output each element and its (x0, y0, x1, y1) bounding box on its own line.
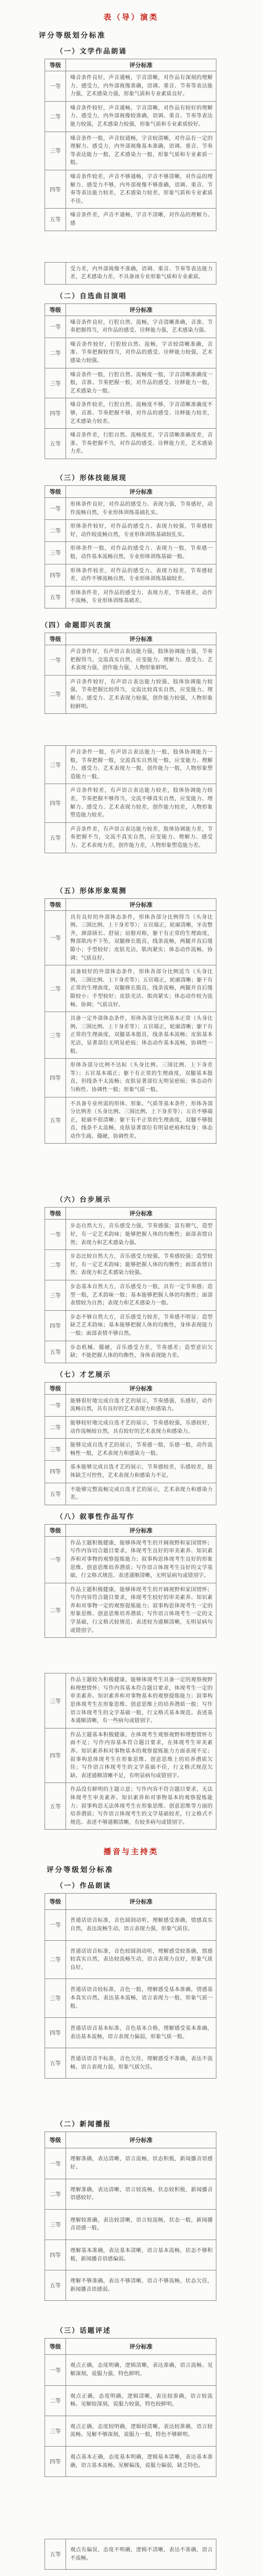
table-row: 四等嗓音条件较差，行腔自然、流畅度不够，字音清晰准确度不够，音准、节奏把握不够，… (45, 398, 216, 429)
criteria-column-header: 评分标准 (66, 1208, 216, 1220)
grade-cell: 一等 (45, 498, 66, 520)
criteria-cell: 步态不够自然大方，音乐感受力较差，节奏感不明显；造型缺乏艺术韵味；基本能够把握人… (66, 1310, 216, 1341)
table-row: 五等观点有偏误，态度不明确，逻辑不清晰，表达不准确，语言不流畅。 (45, 2539, 216, 2570)
grade-cell (45, 262, 66, 284)
criteria-cell: 观点正确，态度明确，逻辑清晰，表达较准确，语言较流畅。见解较深刻，说服力较强，特… (66, 2385, 216, 2416)
header-row: 等级评分标准 (45, 633, 216, 645)
grade-cell: 三等 (45, 2209, 66, 2240)
table-row: 一等理解准确，表达清晰，语言流畅，状态积极，新闻播音语感好。 (45, 2148, 216, 2179)
criteria-cell: 不具备专业所需的形体、形象、气质等基本条件，形体各部分比例差（头身比例、三围比例… (66, 1097, 216, 1144)
criteria-column-header: 评分标准 (66, 303, 216, 316)
grade-cell: 四等 (45, 170, 66, 208)
grade-column-header: 等级 (45, 898, 66, 910)
grade-column-header: 等级 (45, 2339, 66, 2355)
grade-table: 等级评分标准一等作品主题积极健康，能够体现考生的开阔视野和家国情怀；写作内容切合… (45, 1524, 216, 1638)
table-body: 一等能够很好地完成自选才艺的展示，节奏感强，乐感好，动作流畅自然，具有良好的艺术… (45, 1394, 216, 1505)
criteria-cell: 嗓音条件较好，行腔较自然、流畅，字音较清晰准确，音准、节奏把握较得当，对作品的感… (66, 338, 216, 368)
grade-cell: 四等 (45, 1461, 66, 1483)
criteria-cell: 声音条件一般，有声语言表达能力一般，肢体协调能力一般，节奏把握一般，交流真实自然… (66, 746, 216, 784)
header-row: 等级评分标准 (45, 898, 216, 910)
criteria-cell: 嗓音条件良好，声音通畅，字音清晰，对作品有深刻的理解力、感受力，内外部视像准确，… (66, 71, 216, 102)
table-row: 五等嗓音条件差，声音不通畅，字音不清晰，对作品的理解力、感 (45, 209, 216, 231)
criteria-cell: 步态比较自然大方，音乐感受力较强，节奏感较强；造型较好，有一定艺术韵味；能够把握… (66, 1250, 216, 1280)
table-body: 三等作品主题较为积极健康，能够体现考生具备一定的观察视野和理想情怀；写作内容基本… (45, 1673, 216, 1830)
criteria-column-header: 评分标准 (66, 59, 216, 71)
grade-cell: 一等 (45, 645, 66, 675)
page-break-gap (0, 1830, 262, 1843)
table-row: 一等普通话语音标准，音色圆润动听，理解感受准确，情感真实自然，表达流畅生动，语言… (45, 1910, 216, 1940)
table-row: 一等能够很好地完成自选才艺的展示，节奏感强，乐感好，动作流畅自然，具有良好的艺术… (45, 1394, 216, 1416)
section-heading: （一）文学作品朗诵 (56, 46, 262, 56)
grade-table: 五等观点有偏误，态度不明确，逻辑不清晰，表达不准确，语言不流畅。 (45, 2539, 216, 2570)
criteria-cell: 观点基本正确，态度基本明确，逻辑基本清晰，表达基本准确，语言基本流畅。见解偏浅，… (66, 2446, 216, 2476)
grade-cell: 五等 (45, 1341, 66, 1363)
criteria-cell: 受力差，内外部视像不准确，语调、重音、节奏等表达能力差，艺术感染力差，不具备该专… (66, 262, 216, 284)
criteria-cell: 嗓音条件良好，行腔自然、流畅，字音清晰准确，音准、节奏把握得当，对作品的感受、诠… (66, 316, 216, 338)
header-row: 等级评分标准 (45, 1208, 216, 1220)
table-row: 受力差，内外部视像不准确，语调、重音、节奏等表达能力差，艺术感染力差，不具备该专… (45, 262, 216, 284)
table-head: 等级评分标准 (45, 898, 216, 910)
criteria-cell: 声音条件较好，有声语言表达能力较强，肢体协调能力较强，节奏把握比较得当，交流比较… (66, 675, 216, 713)
table-head: 等级评分标准 (45, 486, 216, 498)
table-row: 三等步态基本自然大方，音乐感受力一般，具有一定节奏感；造型一般，艺术韵味一般；基… (45, 1280, 216, 1311)
grade-table: 等级评分标准一等嗓音条件良好，声音通畅，字音清晰，对作品有深刻的理解力、感受力，… (45, 59, 216, 231)
grade-cell: 二等 (45, 1416, 66, 1438)
grade-column-header: 等级 (45, 303, 66, 316)
criteria-cell: 形体条件良好，对作品的感受力、表现力强，节奏感好，动作流畅自然，专业形体训练基础… (66, 498, 216, 520)
table-row: 三等普通话语音较标准，音色一般，理解感受基本准确，情感基本真实自然，表达基本流畅… (45, 1979, 216, 2018)
table-row: 五等嗓音条件差，行腔自然、流畅度差，字音清晰准确度差，音准、节奏把握不当，对作品… (45, 429, 216, 459)
grade-cell: 二等 (45, 1583, 66, 1638)
category-title: 播音与主持类 (0, 1846, 262, 1857)
section-heading: （一）作品朗读 (56, 1880, 262, 1890)
table-row: 三等声音条件一般，有声语言表达能力一般，肢体协调能力一般，节奏把握一般，交流真实… (45, 746, 216, 784)
grade-table: 等级评分标准一等嗓音条件良好，行腔自然、流畅，字音清晰准确，音准、节奏把握得当，… (45, 303, 216, 459)
table-body: 一等声音条件好，有声语言表达能力强，肢体协调能力强，节奏把握得当，交流真实自然，… (45, 645, 216, 713)
table-body: 一等作品主题积极健康，能够体现考生的开阔视野和家国情怀；写作内容切合题目要求，体… (45, 1536, 216, 1638)
grade-column-header: 等级 (45, 1382, 66, 1394)
table-row: 二等作品主题积极健康，能够体现考生的开阔视野和家国情怀；写作内容符合题目要求，体… (45, 1583, 216, 1638)
grade-cell: 五等 (45, 209, 66, 231)
table-head: 等级评分标准 (45, 633, 216, 645)
grade-cell: 三等 (45, 1012, 66, 1059)
criteria-column-header: 评分标准 (66, 1524, 216, 1536)
grade-cell: 三等 (45, 1280, 66, 1311)
criteria-cell: 嗓音条件一般，行腔自然、流畅度一般，字音清晰准确度一般，音准、节奏把握一般，对作… (66, 368, 216, 398)
grade-table: 等级评分标准一等观点正确，态度明确，逻辑清晰，表达准确，语言流畅。见解深刻，说服… (45, 2338, 216, 2477)
table-row: 一等具有良好的外部体态条件，形体各部分比例得当（头身比例、三围比例、上下身差等）… (45, 910, 216, 965)
table-row: 一等观点正确，态度明确，逻辑清晰，表达准确，语言流畅。见解深刻，说服力强，特色鲜… (45, 2355, 216, 2385)
table-head: 等级评分标准 (45, 2132, 216, 2148)
page-break-gap (0, 2079, 262, 2113)
table-body: 一等步态自然大方，音乐感受力强，节奏感强；富有朝气，造型好，有一定艺术韵味；能够… (45, 1220, 216, 1363)
standard-title: 评分等级划分标准 (39, 29, 262, 40)
section-heading: （五）形体形象观测 (56, 885, 262, 895)
criteria-cell: 普通话语音标准，音色圆润动听，理解感受准确，情感真实自然，表达流畅生动，语言表现… (66, 1910, 216, 1940)
criteria-cell: 嗓音条件较好，声音通畅，字音清晰，对作品有较好的理解力、感受力，内外部视像较准确… (66, 101, 216, 132)
table-body: 一等嗓音条件良好，声音通畅，字音清晰，对作品有深刻的理解力、感受力，内外部视像准… (45, 71, 216, 231)
criteria-cell: 观点正确，态度较明确，逻辑较清晰，表达较准确，语言较流畅。见解不够深刻，说服力一… (66, 2416, 216, 2446)
page-break-gap (0, 1638, 262, 1673)
grade-column-header: 等级 (45, 1894, 66, 1910)
criteria-column-header: 评分标准 (66, 2132, 216, 2148)
criteria-cell: 声音条件差，有声语言表达能力较差，肢体协调能力差，节奏把握不当，交流不真实自然，… (66, 822, 216, 853)
grade-cell: 三等 (45, 1673, 66, 1729)
grade-column-header: 等级 (45, 1208, 66, 1220)
header-row: 等级评分标准 (45, 303, 216, 316)
criteria-cell: 嗓音条件较差，声音不够通畅，字音不够清晰，对作品的理解力、感受力不够，内外部视像… (66, 170, 216, 208)
section-heading: （二）新闻播报 (56, 2118, 262, 2128)
table-row: 一等步态自然大方，音乐感受力强，节奏感强；富有朝气，造型好，有一定艺术韵味；能够… (45, 1220, 216, 1250)
grade-column-header: 等级 (45, 633, 66, 645)
grade-cell: 三等 (45, 2416, 66, 2446)
section-heading: （二）自选曲目演唱 (56, 290, 262, 300)
criteria-cell: 形体各部分比例不达标（头身比例、三围比例、上下身差等）；五官基本端正；躯干有正常… (66, 1059, 216, 1097)
grade-cell: 三等 (45, 368, 66, 398)
table-row: 三等形体条件一般，对作品的感受力、表现力一般，节奏感一般，动作基本流畅自然，专业… (45, 542, 216, 564)
table-row: 三等理解较准确，表达较清晰，语言较流畅，状态一般，新闻播音语感一般。 (45, 2209, 216, 2240)
table-row: 四等声音条件较差，有声语言表达能力较差，肢体协调能力较差，节奏把握不够得当，交流… (45, 784, 216, 822)
grade-cell: 四等 (45, 1728, 66, 1783)
grade-cell: 二等 (45, 101, 66, 132)
grade-cell: 二等 (45, 1250, 66, 1280)
grade-cell: 四等 (45, 1310, 66, 1341)
criteria-cell: 普通话语音基本标准，音色基本合格，理解感受基本准确，表达基本流畅，语言表现力偏弱… (66, 2018, 216, 2048)
grade-cell: 四等 (45, 1059, 66, 1097)
section-heading: （三）形体技能展现 (56, 472, 262, 482)
grade-table: 等级评分标准一等能够很好地完成自选才艺的展示，节奏感强，乐感好，动作流畅自然，具… (45, 1382, 216, 1505)
table-head: 等级评分标准 (45, 59, 216, 71)
document-page: 表（导）演类评分等级划分标准（一）文学作品朗诵等级评分标准一等嗓音条件良好，声音… (0, 0, 262, 2576)
criteria-cell: 形体条件差，对作品的感受力、表现力差，节奏感差，动作不流畅，专业形体训练基础差。 (66, 586, 216, 608)
table-row: 四等普通话语音基本标准，音色基本合格，理解感受基本准确，表达基本流畅，语言表现力… (45, 2018, 216, 2048)
table-row: 一等声音条件好，有声语言表达能力强，肢体协调能力强，节奏把握得当，交流真实自然，… (45, 645, 216, 675)
table-row: 二等声音条件较好，有声语言表达能力较强，肢体协调能力较强，节奏把握比较得当，交流… (45, 675, 216, 713)
grade-cell: 四等 (45, 2018, 66, 2048)
criteria-column-header: 评分标准 (66, 1894, 216, 1910)
grade-cell: 二等 (45, 1940, 66, 1979)
table-head: 等级评分标准 (45, 1524, 216, 1536)
table-row: 三等能够完成自选才艺的展示，节奏感一般，乐感一般，动作流畅性一般，艺术表现力和感… (45, 1439, 216, 1461)
table-row: 四等基本能够完成自选才艺的展示，节奏感较差，乐感较差，肢体缺乏可控性，艺术表现力… (45, 1461, 216, 1483)
criteria-column-header: 评分标准 (66, 633, 216, 645)
grade-cell: 二等 (45, 2179, 66, 2209)
criteria-cell: 嗓音条件差，声音不通畅，字音不清晰，对作品的理解力、感 (66, 209, 216, 231)
criteria-cell: 能够很好地完成自选才艺的展示，节奏感强，乐感好，动作流畅自然，具有良好的艺术表现… (66, 1394, 216, 1416)
grade-cell: 四等 (45, 784, 66, 822)
page-break-gap (0, 2301, 262, 2319)
grade-cell: 五等 (45, 429, 66, 459)
criteria-cell: 具备一定外部体态条件，形体各部分比例基本正常（头身比例、三围比例、上下身差等）；… (66, 1012, 216, 1059)
grade-column-header: 等级 (45, 59, 66, 71)
grade-cell: 五等 (45, 1783, 66, 1830)
criteria-column-header: 评分标准 (66, 486, 216, 498)
table-body: 一等理解准确，表达清晰，语言流畅，状态积极，新闻播音语感好。二等理解准确，表达清… (45, 2148, 216, 2301)
table-row: 四等作品主题基本积极健康，在体现考生观察视野和理想情怀方面不足；写作内容基本符合… (45, 1728, 216, 1783)
criteria-column-header: 评分标准 (66, 1382, 216, 1394)
table-head: 等级评分标准 (45, 303, 216, 316)
section-heading: （三）话题评述 (56, 2325, 262, 2335)
grade-cell: 一等 (45, 316, 66, 338)
criteria-cell: 能够完成自选才艺的展示，节奏感一般，乐感一般，动作流畅性一般，艺术表现力和感染力… (66, 1439, 216, 1461)
table-row: 五等步态机械、僵硬，音乐感受力差，节奏感差；造型意识欠缺；不能把握人体的均衡性，… (45, 1341, 216, 1363)
criteria-cell: 作品主题积极健康，能够体现考生的开阔视野和家国情怀；写作内容符合题目要求，体现考… (66, 1583, 216, 1638)
grade-cell: 一等 (45, 1220, 66, 1250)
criteria-cell: 理解较准确，表达较清晰，语言较流畅，状态一般，新闻播音语感一般。 (66, 2209, 216, 2240)
table-row: 三等具备一定外部体态条件，形体各部分比例基本正常（头身比例、三围比例、上下身差等… (45, 1012, 216, 1059)
criteria-cell: 基本能够完成自选才艺的展示，节奏感较差，乐感较差，肢体缺乏可控性，艺术表现力和感… (66, 1461, 216, 1483)
table-row: 二等观点正确，态度明确，逻辑清晰，表达较准确，语言较流畅。见解较深刻，说服力较强… (45, 2385, 216, 2416)
table-row: 一等嗓音条件良好，行腔自然、流畅，字音清晰准确，音准、节奏把握得当，对作品的感受… (45, 316, 216, 338)
criteria-cell: 具有良好的外部体态条件，形体各部分比例得当（头身比例、三围比例、上下身差等）；五… (66, 910, 216, 965)
grade-cell: 四等 (45, 2446, 66, 2476)
grade-cell: 三等 (45, 746, 66, 784)
criteria-cell: 不能够完整流畅完成自选才艺的展示，艺术表现力和感染力差。 (66, 1483, 216, 1505)
table-row: 二等普通话语音标准，音色较圆润动听，理解感受较准确，情感较真实自然，表达较流畅生… (45, 1940, 216, 1979)
table-row: 五等不能够完整流畅完成自选才艺的展示，艺术表现力和感染力差。 (45, 1483, 216, 1505)
grade-cell: 四等 (45, 2240, 66, 2270)
grade-cell: 三等 (45, 1439, 66, 1461)
table-body: 一等观点正确，态度明确，逻辑清晰，表达准确，语言流畅。见解深刻，说服力强，特色鲜… (45, 2355, 216, 2477)
table-head: 等级评分标准 (45, 1894, 216, 1910)
grade-column-header: 等级 (45, 1524, 66, 1536)
table-row: 二等步态比较自然大方，音乐感受力较强，节奏感较强；造型较好，有一定艺术韵味；能够… (45, 1250, 216, 1280)
grade-cell: 四等 (45, 398, 66, 429)
table-body: 一等嗓音条件良好，行腔自然、流畅，字音清晰准确，音准、节奏把握得当，对作品的感受… (45, 316, 216, 459)
table-row: 四等理解基本准确，表达基本清晰，语言基本流畅，状态不够积极，新闻播音语感偏弱。 (45, 2240, 216, 2270)
table-row: 二等具备较好的外部体态条件，形体各部分比例适当（头身比例、三围比例、上下身差等）… (45, 965, 216, 1012)
table-row: 二等能够较好地完成自选才艺的展示，节奏感较强，乐感较好，动作流畅较自然，具有较好… (45, 1416, 216, 1438)
table-row: 五等声音条件差，有声语言表达能力较差，肢体协调能力差，节奏把握不当，交流不真实自… (45, 822, 216, 853)
table-row: 四等形体条件较差，对作品的感受力、表现力较差，节奏感较差，动作不够流畅自然，专业… (45, 564, 216, 586)
grade-table: 等级评分标准一等步态自然大方，音乐感受力强，节奏感强；富有朝气，造型好，有一定艺… (45, 1207, 216, 1363)
page-break-gap (0, 608, 262, 614)
criteria-cell: 形体条件较好，对作品的感受力、表现力较强，节奏感较好，动作较流畅自然，专业形体训… (66, 520, 216, 542)
header-row: 等级评分标准 (45, 59, 216, 71)
criteria-cell: 理解准确，表达清晰，语言较流畅，状态较积极，新闻播音语感较好。 (66, 2179, 216, 2209)
category-title: 表（导）演类 (0, 12, 262, 23)
criteria-cell: 步态基本自然大方，音乐感受力一般，具有一定节奏感；造型一般，艺术韵味一般；基本能… (66, 1280, 216, 1311)
criteria-cell: 普通话语音标准，音色较圆润动听，理解感受较准确，情感较真实自然，表达较流畅生动，… (66, 1940, 216, 1979)
grade-table: 受力差，内外部视像不准确，语调、重音、节奏等表达能力差，艺术感染力差，不具备该专… (45, 262, 216, 285)
table-row: 四等步态不够自然大方，音乐感受力较差，节奏感不明显；造型缺乏艺术韵味；基本能够把… (45, 1310, 216, 1341)
criteria-cell: 理解准确，表达清晰，语言流畅，状态积极，新闻播音语感好。 (66, 2148, 216, 2179)
table-head: 等级评分标准 (45, 1382, 216, 1394)
table-row: 二等理解准确，表达清晰，语言较流畅，状态较积极，新闻播音语感较好。 (45, 2179, 216, 2209)
table-row: 一等作品主题积极健康，能够体现考生的开阔视野和家国情怀；写作内容切合题目要求，体… (45, 1536, 216, 1583)
table-head: 等级评分标准 (45, 2339, 216, 2355)
grade-cell: 二等 (45, 520, 66, 542)
page-break-gap (0, 1144, 262, 1188)
criteria-cell: 嗓音条件差，行腔自然、流畅度差，字音清晰准确度差，音准、节奏把握不当，对作品的感… (66, 429, 216, 459)
grade-cell: 二等 (45, 2385, 66, 2416)
table-body: 受力差，内外部视像不准确，语调、重音、节奏等表达能力差，艺术感染力差，不具备该专… (45, 262, 216, 284)
criteria-cell: 普通话语音不标准，音色欠佳，理解感受不准确，表达不流畅，语言表现力弱，形象气质欠… (66, 2048, 216, 2079)
grade-cell: 三等 (45, 132, 66, 170)
criteria-cell: 作品主题较为积极健康，能够体现考生具备一定的观察视野和理想情怀；写作内容基本符合… (66, 1673, 216, 1729)
section-heading: （四）命题即兴表演 (41, 619, 262, 629)
criteria-cell: 形体条件一般，对作品的感受力、表现力一般，节奏感一般，动作基本流畅自然，专业形体… (66, 542, 216, 564)
header-row: 等级评分标准 (45, 486, 216, 498)
criteria-cell: 声音条件较差，有声语言表达能力较差，肢体协调能力较差，节奏把握不够得当，交流不够… (66, 784, 216, 822)
criteria-cell: 步态自然大方，音乐感受力强，节奏感强；富有朝气，造型好，有一定艺术韵味；能够把握… (66, 1220, 216, 1250)
grade-cell: 五等 (45, 2048, 66, 2079)
criteria-column-header: 评分标准 (66, 2339, 216, 2355)
grade-column-header: 等级 (45, 2132, 66, 2148)
grade-cell: 一等 (45, 71, 66, 102)
criteria-cell: 作品主题积极健康，能够体现考生的开阔视野和家国情怀；写作内容切合题目要求，体现考… (66, 1536, 216, 1583)
grade-cell: 一等 (45, 1394, 66, 1416)
criteria-cell: 理解基本准确，表达基本清晰，语言基本流畅，状态不够积极，新闻播音语感偏弱。 (66, 2240, 216, 2270)
header-row: 等级评分标准 (45, 1382, 216, 1394)
grade-table: 等级评分标准一等具有良好的外部体态条件，形体各部分比例得当（头身比例、三围比例、… (45, 898, 216, 1144)
grade-table: 三等作品主题较为积极健康，能够体现考生具备一定的观察视野和理想情怀；写作内容基本… (45, 1673, 216, 1830)
table-row: 五等形体条件差，对作品的感受力、表现力差，节奏感差，动作不流畅，专业形体训练基础… (45, 586, 216, 608)
grade-cell: 五等 (45, 2270, 66, 2301)
criteria-cell: 步态机械、僵硬，音乐感受力差，节奏感差；造型意识欠缺；不能把握人体的均衡性，身体… (66, 1341, 216, 1363)
grade-cell: 二等 (45, 675, 66, 713)
table-row: 一等形体条件良好，对作品的感受力、表现力强，节奏感好，动作流畅自然，专业形体训练… (45, 498, 216, 520)
table-body: 一等普通话语音标准，音色圆润动听，理解感受准确，情感真实自然，表达流畅生动，语言… (45, 1910, 216, 2079)
criteria-cell: 形体条件较差，对作品的感受力、表现力较差，节奏感较差，动作不够流畅自然，专业形体… (66, 564, 216, 586)
criteria-cell: 声音条件好，有声语言表达能力强，肢体协调能力强，节奏把握得当，交流真实自然，应变… (66, 645, 216, 675)
page-break-gap (0, 853, 262, 879)
page-break-gap (0, 459, 262, 466)
table-body: 三等声音条件一般，有声语言表达能力一般，肢体协调能力一般，节奏把握一般，交流真实… (45, 746, 216, 853)
table-row: 三等嗓音条件一般，行腔自然、流畅度一般，字音清晰准确度一般，音准、节奏把握一般，… (45, 368, 216, 398)
grade-cell: 四等 (45, 564, 66, 586)
grade-cell: 五等 (45, 2539, 66, 2570)
header-row: 等级评分标准 (45, 2132, 216, 2148)
grade-cell: 三等 (45, 1979, 66, 2018)
criteria-cell: 普通话语音较标准，音色一般，理解感受基本准确，情感基本真实自然，表达基本流畅，语… (66, 1979, 216, 2018)
table-row: 五等普通话语音不标准，音色欠佳，理解感受不准确，表达不流畅，语言表现力弱，形象气… (45, 2048, 216, 2079)
table-row: 三等作品主题较为积极健康，能够体现考生具备一定的观察视野和理想情怀；写作内容基本… (45, 1673, 216, 1729)
table-row: 四等形体各部分比例不达标（头身比例、三围比例、上下身差等）；五官基本端正；躯干有… (45, 1059, 216, 1097)
grade-cell: 二等 (45, 965, 66, 1012)
table-body: 一等具有良好的外部体态条件，形体各部分比例得当（头身比例、三围比例、上下身差等）… (45, 910, 216, 1144)
page-break-gap (0, 714, 262, 745)
grade-table: 等级评分标准一等理解准确，表达清晰，语言流畅，状态积极，新闻播音语感好。二等理解… (45, 2132, 216, 2301)
table-row: 五等理解不够准确，表达不够清晰，语言不够流畅，状态欠佳，新闻播音语感弱。 (45, 2270, 216, 2301)
criteria-cell: 具备较好的外部体态条件，形体各部分比例适当（头身比例、三围比例、上下身差等）；五… (66, 965, 216, 1012)
section-heading: （八）叙事性作品写作 (56, 1511, 262, 1521)
header-row: 等级评分标准 (45, 2339, 216, 2355)
grade-table: 等级评分标准一等形体条件良好，对作品的感受力、表现力强，节奏感好，动作流畅自然，… (45, 485, 216, 608)
criteria-cell: 作品主题基本积极健康，在体现考生观察视野和理想情怀方面不足；写作内容基本符合题目… (66, 1728, 216, 1783)
grade-column-header: 等级 (45, 486, 66, 498)
grade-cell: 一等 (45, 2355, 66, 2385)
standard-title: 评分等级划分标准 (47, 1864, 262, 1874)
table-row: 二等嗓音条件较好，声音通畅，字音清晰，对作品有较好的理解力、感受力，内外部视像较… (45, 101, 216, 132)
criteria-cell: 作品没有鲜明的主题立意；写作内容不符合题目要求，无法体现考生审美素养、知识素养和… (66, 1783, 216, 1830)
criteria-cell: 嗓音条件一般，声音较通畅，字音较清晰，对作品有一定的理解力、感受力，内外部视像基… (66, 132, 216, 170)
grade-cell: 五等 (45, 1483, 66, 1505)
header-row: 等级评分标准 (45, 1894, 216, 1910)
grade-cell: 五等 (45, 822, 66, 853)
page-break-gap (0, 2477, 262, 2539)
page-break-gap (0, 231, 262, 262)
grade-cell: 五等 (45, 586, 66, 608)
grade-cell: 五等 (45, 1097, 66, 1144)
criteria-column-header: 评分标准 (66, 898, 216, 910)
table-row: 三等观点正确，态度较明确，逻辑较清晰，表达较准确，语言较流畅。见解不够深刻，说服… (45, 2416, 216, 2446)
section-heading: （七）才艺展示 (56, 1369, 262, 1379)
table-row: 二等嗓音条件较好，行腔较自然、流畅，字音较清晰准确，音准、节奏把握较得当，对作品… (45, 338, 216, 368)
grade-table: 三等声音条件一般，有声语言表达能力一般，肢体协调能力一般，节奏把握一般，交流真实… (45, 745, 216, 853)
table-row: 四等观点基本正确，态度基本明确，逻辑基本清晰，表达基本准确，语言基本流畅。见解偏… (45, 2446, 216, 2476)
grade-table: 等级评分标准一等普通话语音标准，音色圆润动听，理解感受准确，情感真实自然，表达流… (45, 1893, 216, 2079)
grade-table: 等级评分标准一等声音条件好，有声语言表达能力强，肢体协调能力强，节奏把握得当，交… (45, 633, 216, 714)
grade-cell: 一等 (45, 910, 66, 965)
table-row: 一等嗓音条件良好，声音通畅，字音清晰，对作品有深刻的理解力、感受力，内外部视像准… (45, 71, 216, 102)
grade-cell: 二等 (45, 338, 66, 368)
criteria-cell: 能够较好地完成自选才艺的展示，节奏感较强，乐感较好，动作流畅较自然，具有较好的艺… (66, 1416, 216, 1438)
grade-cell: 一等 (45, 1910, 66, 1940)
grade-cell: 一等 (45, 1536, 66, 1583)
table-body: 五等观点有偏误，态度不明确，逻辑不清晰，表达不准确，语言不流畅。 (45, 2539, 216, 2570)
table-row: 五等不具备专业所需的形体、形象、气质等基本条件，形体各部分比例差（头身比例、三围… (45, 1097, 216, 1144)
criteria-cell: 观点有偏误，态度不明确，逻辑不清晰，表达不准确，语言不流畅。 (66, 2539, 216, 2570)
table-row: 三等嗓音条件一般，声音较通畅，字音较清晰，对作品有一定的理解力、感受力，内外部视… (45, 132, 216, 170)
criteria-cell: 理解不够准确，表达不够清晰，语言不够流畅，状态欠佳，新闻播音语感弱。 (66, 2270, 216, 2301)
table-row: 五等作品没有鲜明的主题立意；写作内容不符合题目要求，无法体现考生审美素养、知识素… (45, 1783, 216, 1830)
table-head: 等级评分标准 (45, 1208, 216, 1220)
criteria-cell: 嗓音条件较差，行腔自然、流畅度不够，字音清晰准确度不够，音准、节奏把握不够，对作… (66, 398, 216, 429)
grade-cell: 一等 (45, 2148, 66, 2179)
table-row: 二等形体条件较好，对作品的感受力、表现力较强，节奏感较好，动作较流畅自然，专业形… (45, 520, 216, 542)
section-heading: （六）台步展示 (56, 1194, 262, 1204)
table-row: 四等嗓音条件较差，声音不够通畅，字音不够清晰，对作品的理解力、感受力不够，内外部… (45, 170, 216, 208)
criteria-cell: 观点正确，态度明确，逻辑清晰，表达准确，语言流畅。见解深刻，说服力强，特色鲜明。 (66, 2355, 216, 2385)
grade-cell: 三等 (45, 542, 66, 564)
table-body: 一等形体条件良好，对作品的感受力、表现力强，节奏感好，动作流畅自然，专业形体训练… (45, 498, 216, 608)
header-row: 等级评分标准 (45, 1524, 216, 1536)
